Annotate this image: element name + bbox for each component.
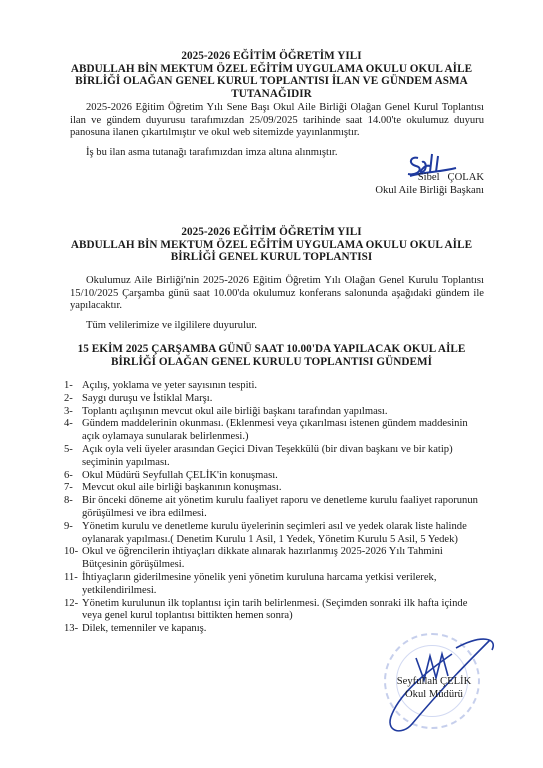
agenda-item-text: Okul Müdürü Seyfullah ÇELİK'in konuşması… [82, 470, 278, 481]
agenda-item: 9-Yönetim kurulu ve denetleme kurulu üye… [64, 521, 484, 547]
agenda-item-number: 8- [64, 495, 73, 508]
agenda-item: 4-Gündem maddelerinin okunması. (Eklenme… [64, 418, 484, 444]
agenda-item-number: 1- [64, 380, 73, 393]
agenda-item-text: Gündem maddelerinin okunması. (Eklenmesi… [82, 418, 468, 442]
agenda-item: 7-Mevcut okul aile birliği başkanının ko… [64, 482, 484, 495]
meeting-notice: Tüm velilerimize ve ilgililere duyurulur… [70, 320, 484, 333]
meeting-title: 2025-2026 EĞİTİM ÖĞRETİM YILI ABDULLAH B… [60, 226, 483, 264]
signer-name: Sibel ÇOLAK [330, 172, 484, 185]
agenda-item-number: 13- [64, 623, 78, 636]
agenda-list: 1-Açılış, yoklama ve yeter sayısının tes… [64, 380, 484, 636]
title-line: BİRLİĞİ OLAĞAN GENEL KURULU TOPLANTISI G… [60, 356, 483, 369]
announcement-paragraph-text: 2025-2026 Eğitim Öğretim Yılı Sene Başı … [70, 102, 484, 138]
agenda-item-text: İhtiyaçların giderilmesine yönelik yeni … [82, 572, 436, 596]
title-line: 15 EKİM 2025 ÇARŞAMBA GÜNÜ SAAT 10.00'DA… [60, 343, 483, 356]
agenda-item: 3-Toplantı açılışının mevcut okul aile b… [64, 406, 484, 419]
title-line: BİRLİĞİ OLAĞAN GENEL KURUL TOPLANTISI İL… [60, 75, 483, 88]
agenda-item-number: 5- [64, 444, 73, 457]
agenda-item-text: Yönetim kurulu ve denetleme kurulu üyele… [82, 521, 467, 545]
title-line: ABDULLAH BİN MEKTUM ÖZEL EĞİTİM UYGULAMA… [60, 63, 483, 76]
title-line: BİRLİĞİ GENEL KURUL TOPLANTISI [60, 251, 483, 264]
agenda-item-number: 9- [64, 521, 73, 534]
agenda-item-text: Dilek, temenniler ve kapanış. [82, 623, 206, 634]
agenda-item-text: Açılış, yoklama ve yeter sayısının tespi… [82, 380, 257, 391]
agenda-item: 5-Açık oyla veli üyeler arasından Geçici… [64, 444, 484, 470]
agenda-item-number: 4- [64, 418, 73, 431]
principal-signature: Seyfullah ÇELİK Okul Müdürü [390, 676, 478, 701]
signer-title: Okul Aile Birliği Başkanı [330, 185, 484, 198]
agenda-item-number: 7- [64, 482, 73, 495]
agenda-item-number: 12- [64, 598, 78, 611]
title-line: ABDULLAH BİN MEKTUM ÖZEL EĞİTİM UYGULAMA… [60, 239, 483, 252]
agenda-item-text: Bir önceki döneme ait yönetim kurulu faa… [82, 495, 478, 519]
agenda-item-text: Saygı duruşu ve İstiklal Marşı. [82, 393, 212, 404]
agenda-item: 8-Bir önceki döneme ait yönetim kurulu f… [64, 495, 484, 521]
agenda-item: 1-Açılış, yoklama ve yeter sayısının tes… [64, 380, 484, 393]
announcement-statement-text: İş bu ilan asma tutanağı tarafımızdan im… [86, 147, 338, 158]
meeting-paragraph: Okulumuz Aile Birliği'nin 2025-2026 Eğit… [70, 275, 484, 313]
agenda-item: 12-Yönetim kurulunun ilk toplantısı için… [64, 598, 484, 624]
title-line: TUTANAĞIDIR [60, 88, 483, 101]
agenda-item: 11-İhtiyaçların giderilmesine yönelik ye… [64, 572, 484, 598]
title-line: 2025-2026 EĞİTİM ÖĞRETİM YILI [60, 50, 483, 63]
agenda-item-text: Okul ve öğrencilerin ihtiyaçları dikkate… [82, 546, 443, 570]
agenda-item-number: 11- [64, 572, 78, 585]
title-line: 2025-2026 EĞİTİM ÖĞRETİM YILI [60, 226, 483, 239]
agenda-item-text: Yönetim kurulunun ilk toplantısı için ta… [82, 598, 467, 622]
meeting-notice-text: Tüm velilerimize ve ilgililere duyurulur… [86, 320, 257, 331]
agenda-title: 15 EKİM 2025 ÇARŞAMBA GÜNÜ SAAT 10.00'DA… [60, 343, 483, 368]
agenda-item-text: Toplantı açılışının mevcut okul aile bir… [82, 406, 388, 417]
signer-name: Seyfullah ÇELİK [390, 676, 478, 689]
agenda-item-text: Açık oyla veli üyeler arasından Geçici D… [82, 444, 453, 468]
announcement-title: 2025-2026 EĞİTİM ÖĞRETİM YILI ABDULLAH B… [60, 50, 483, 100]
document-page: 2025-2026 EĞİTİM ÖĞRETİM YILI ABDULLAH B… [0, 0, 543, 768]
agenda-item-number: 10- [64, 546, 78, 559]
agenda-item: 2-Saygı duruşu ve İstiklal Marşı. [64, 393, 484, 406]
agenda-item: 6-Okul Müdürü Seyfullah ÇELİK'in konuşma… [64, 470, 484, 483]
agenda-item-text: Mevcut okul aile birliği başkanının konu… [82, 482, 282, 493]
agenda-item-number: 3- [64, 406, 73, 419]
meeting-paragraph-text: Okulumuz Aile Birliği'nin 2025-2026 Eğit… [70, 275, 484, 311]
signer-title: Okul Müdürü [390, 689, 478, 702]
announcement-paragraph: 2025-2026 Eğitim Öğretim Yılı Sene Başı … [70, 102, 484, 140]
agenda-item-number: 6- [64, 470, 73, 483]
announcement-signature: Sibel ÇOLAK Okul Aile Birliği Başkanı [330, 172, 484, 197]
agenda-item: 10-Okul ve öğrencilerin ihtiyaçları dikk… [64, 546, 484, 572]
agenda-item-number: 2- [64, 393, 73, 406]
